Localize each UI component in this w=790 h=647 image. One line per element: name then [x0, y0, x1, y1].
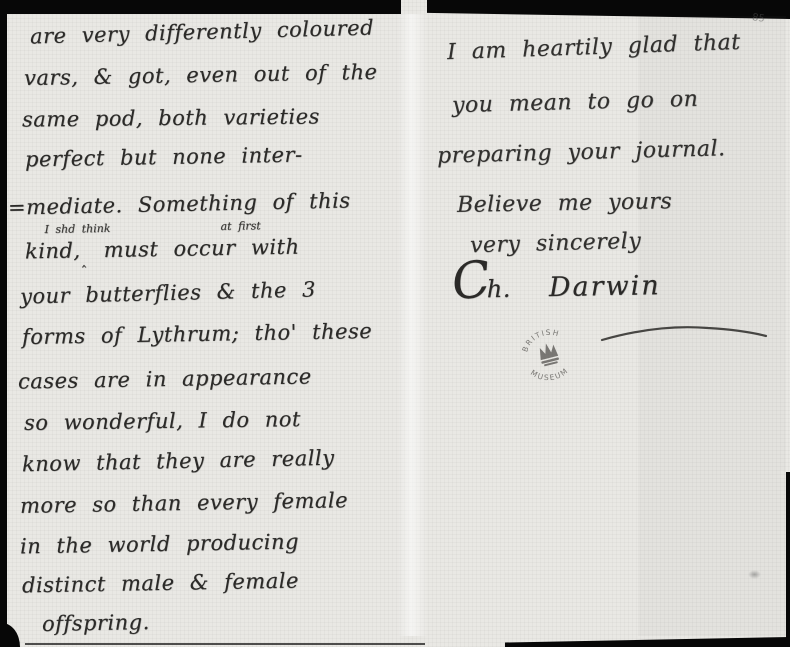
line-segment: with — [251, 235, 300, 260]
line-segment: must occur — [103, 236, 235, 262]
interlinear-insertion: at first — [220, 219, 260, 233]
signature-initial: C — [452, 278, 490, 283]
insertion-caret: ‸ — [82, 253, 87, 268]
scan-corner-blob — [0, 623, 20, 647]
scan-border-top-left — [0, 0, 401, 14]
scan-border-bottom-left — [25, 643, 425, 645]
line-segment: kind, — [25, 238, 81, 263]
crown-icon — [537, 341, 560, 367]
manuscript-line: cases are in appearance — [18, 364, 312, 393]
manuscript-line: so wonderful, I do not — [24, 407, 301, 435]
closing-line: very sincerely — [470, 229, 642, 258]
scan-border-bottom-right — [505, 637, 790, 647]
manuscript-line: more so than every female — [20, 488, 348, 518]
smudge-mark — [748, 570, 761, 579]
interlinear-insertion: I shd think — [44, 222, 110, 236]
manuscript-line-with-insertions: I shd think at first kind,‸ must occur w… — [25, 235, 300, 270]
manuscript-line: same pod, both varieties — [22, 104, 320, 131]
manuscript-line: forms of Lythrum; tho' these — [22, 319, 373, 349]
signature-flourish — [598, 320, 770, 346]
signature-surname: Darwin — [549, 270, 661, 303]
manuscript-line: in the world producing — [20, 530, 299, 559]
page-seam — [398, 14, 428, 636]
manuscript-line: distinct male & female — [22, 569, 299, 598]
closing-line: Believe me yours — [457, 189, 673, 218]
manuscript-line: your butterflies & the 3 — [20, 277, 316, 308]
scan-border-left — [0, 12, 7, 645]
manuscript-line: =mediate. Something of this — [8, 188, 351, 219]
scan-border-right — [786, 472, 790, 647]
manuscript-line: know that they are really — [22, 446, 335, 477]
page-number-annotation: 85 — [751, 12, 765, 25]
signature: Ch.Darwin — [452, 270, 661, 305]
british-museum-stamp: BRITISH MUSEUM — [512, 320, 586, 391]
manuscript-line: vars, & got, even out of the — [24, 60, 378, 90]
manuscript-line: are very differently coloured — [30, 16, 375, 49]
manuscript-line: perfect but none inter- — [25, 143, 303, 172]
manuscript-line: offspring. — [42, 610, 150, 636]
manuscript-scan: 85 are very differently coloured vars, &… — [0, 0, 790, 647]
